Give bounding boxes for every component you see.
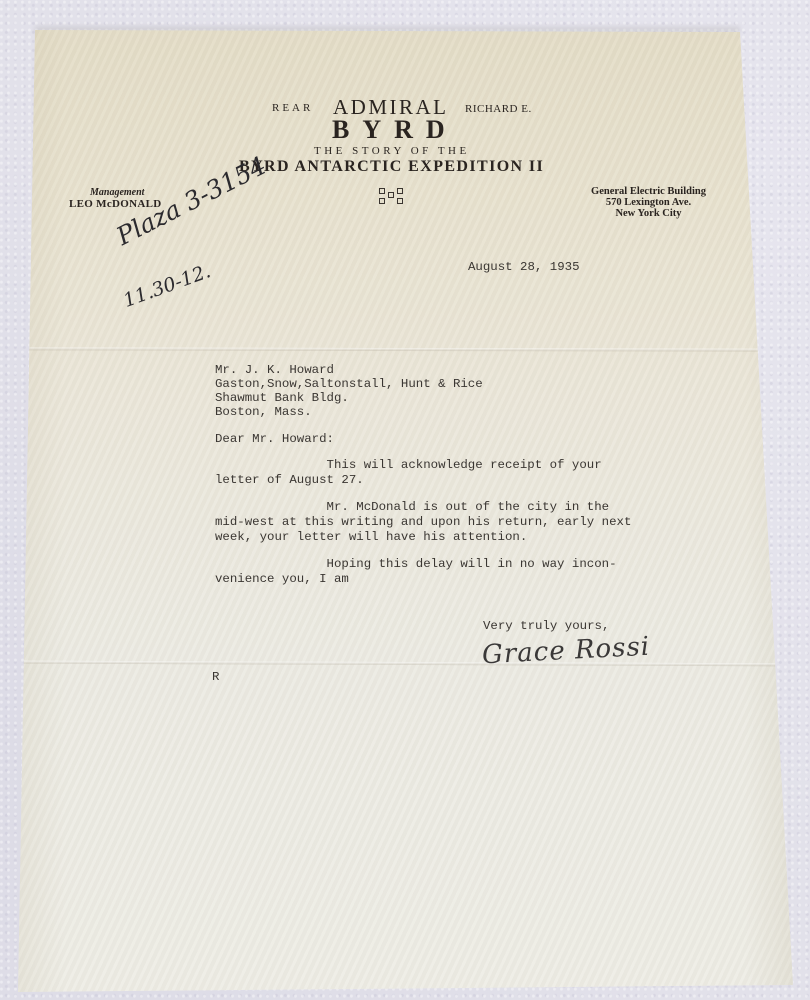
letterhead-byrd: BYRD	[332, 115, 458, 145]
recipient-line: Mr. J. K. Howard	[215, 363, 334, 377]
typist-initial: R	[212, 670, 219, 684]
recipient-line: Gaston,Snow,Saltonstall, Hunt & Rice	[215, 377, 483, 391]
paragraph-line: letter of August 27.	[215, 473, 364, 487]
letter-paper: REAR ADMIRAL RICHARD E. BYRD THE STORY O…	[0, 0, 810, 1000]
letterhead-richard: RICHARD E.	[465, 103, 532, 115]
handwritten-date: 11.30-12.	[120, 260, 213, 312]
address-line: 570 Lexington Ave.	[586, 197, 711, 208]
paragraph-line: Hoping this delay will in no way incon-	[215, 557, 617, 571]
letterhead-expedition: BYRD ANTARCTIC EXPEDITION II	[239, 158, 544, 176]
fold-line	[20, 347, 790, 351]
recipient-line: Boston, Mass.	[215, 405, 312, 419]
letter-date: August 28, 1935	[468, 260, 580, 274]
address-line: General Electric Building	[586, 186, 711, 197]
letterhead-rear: REAR	[272, 102, 313, 114]
five-squares-icon	[377, 186, 407, 206]
closing: Very truly yours,	[483, 619, 609, 633]
letterhead-story: THE STORY OF THE	[314, 145, 470, 157]
paragraph-line: venience you, I am	[215, 572, 349, 586]
salutation: Dear Mr. Howard:	[215, 432, 334, 446]
paragraph-line: Mr. McDonald is out of the city in the	[215, 500, 609, 514]
recipient-line: Shawmut Bank Bldg.	[215, 391, 349, 405]
address-line: New York City	[586, 208, 711, 219]
paragraph-line: week, your letter will have his attentio…	[215, 530, 527, 544]
management-label: Management	[90, 187, 144, 198]
paragraph-line: mid-west at this writing and upon his re…	[215, 515, 631, 529]
fold-line	[20, 661, 790, 667]
paragraph-line: This will acknowledge receipt of your	[215, 458, 602, 472]
